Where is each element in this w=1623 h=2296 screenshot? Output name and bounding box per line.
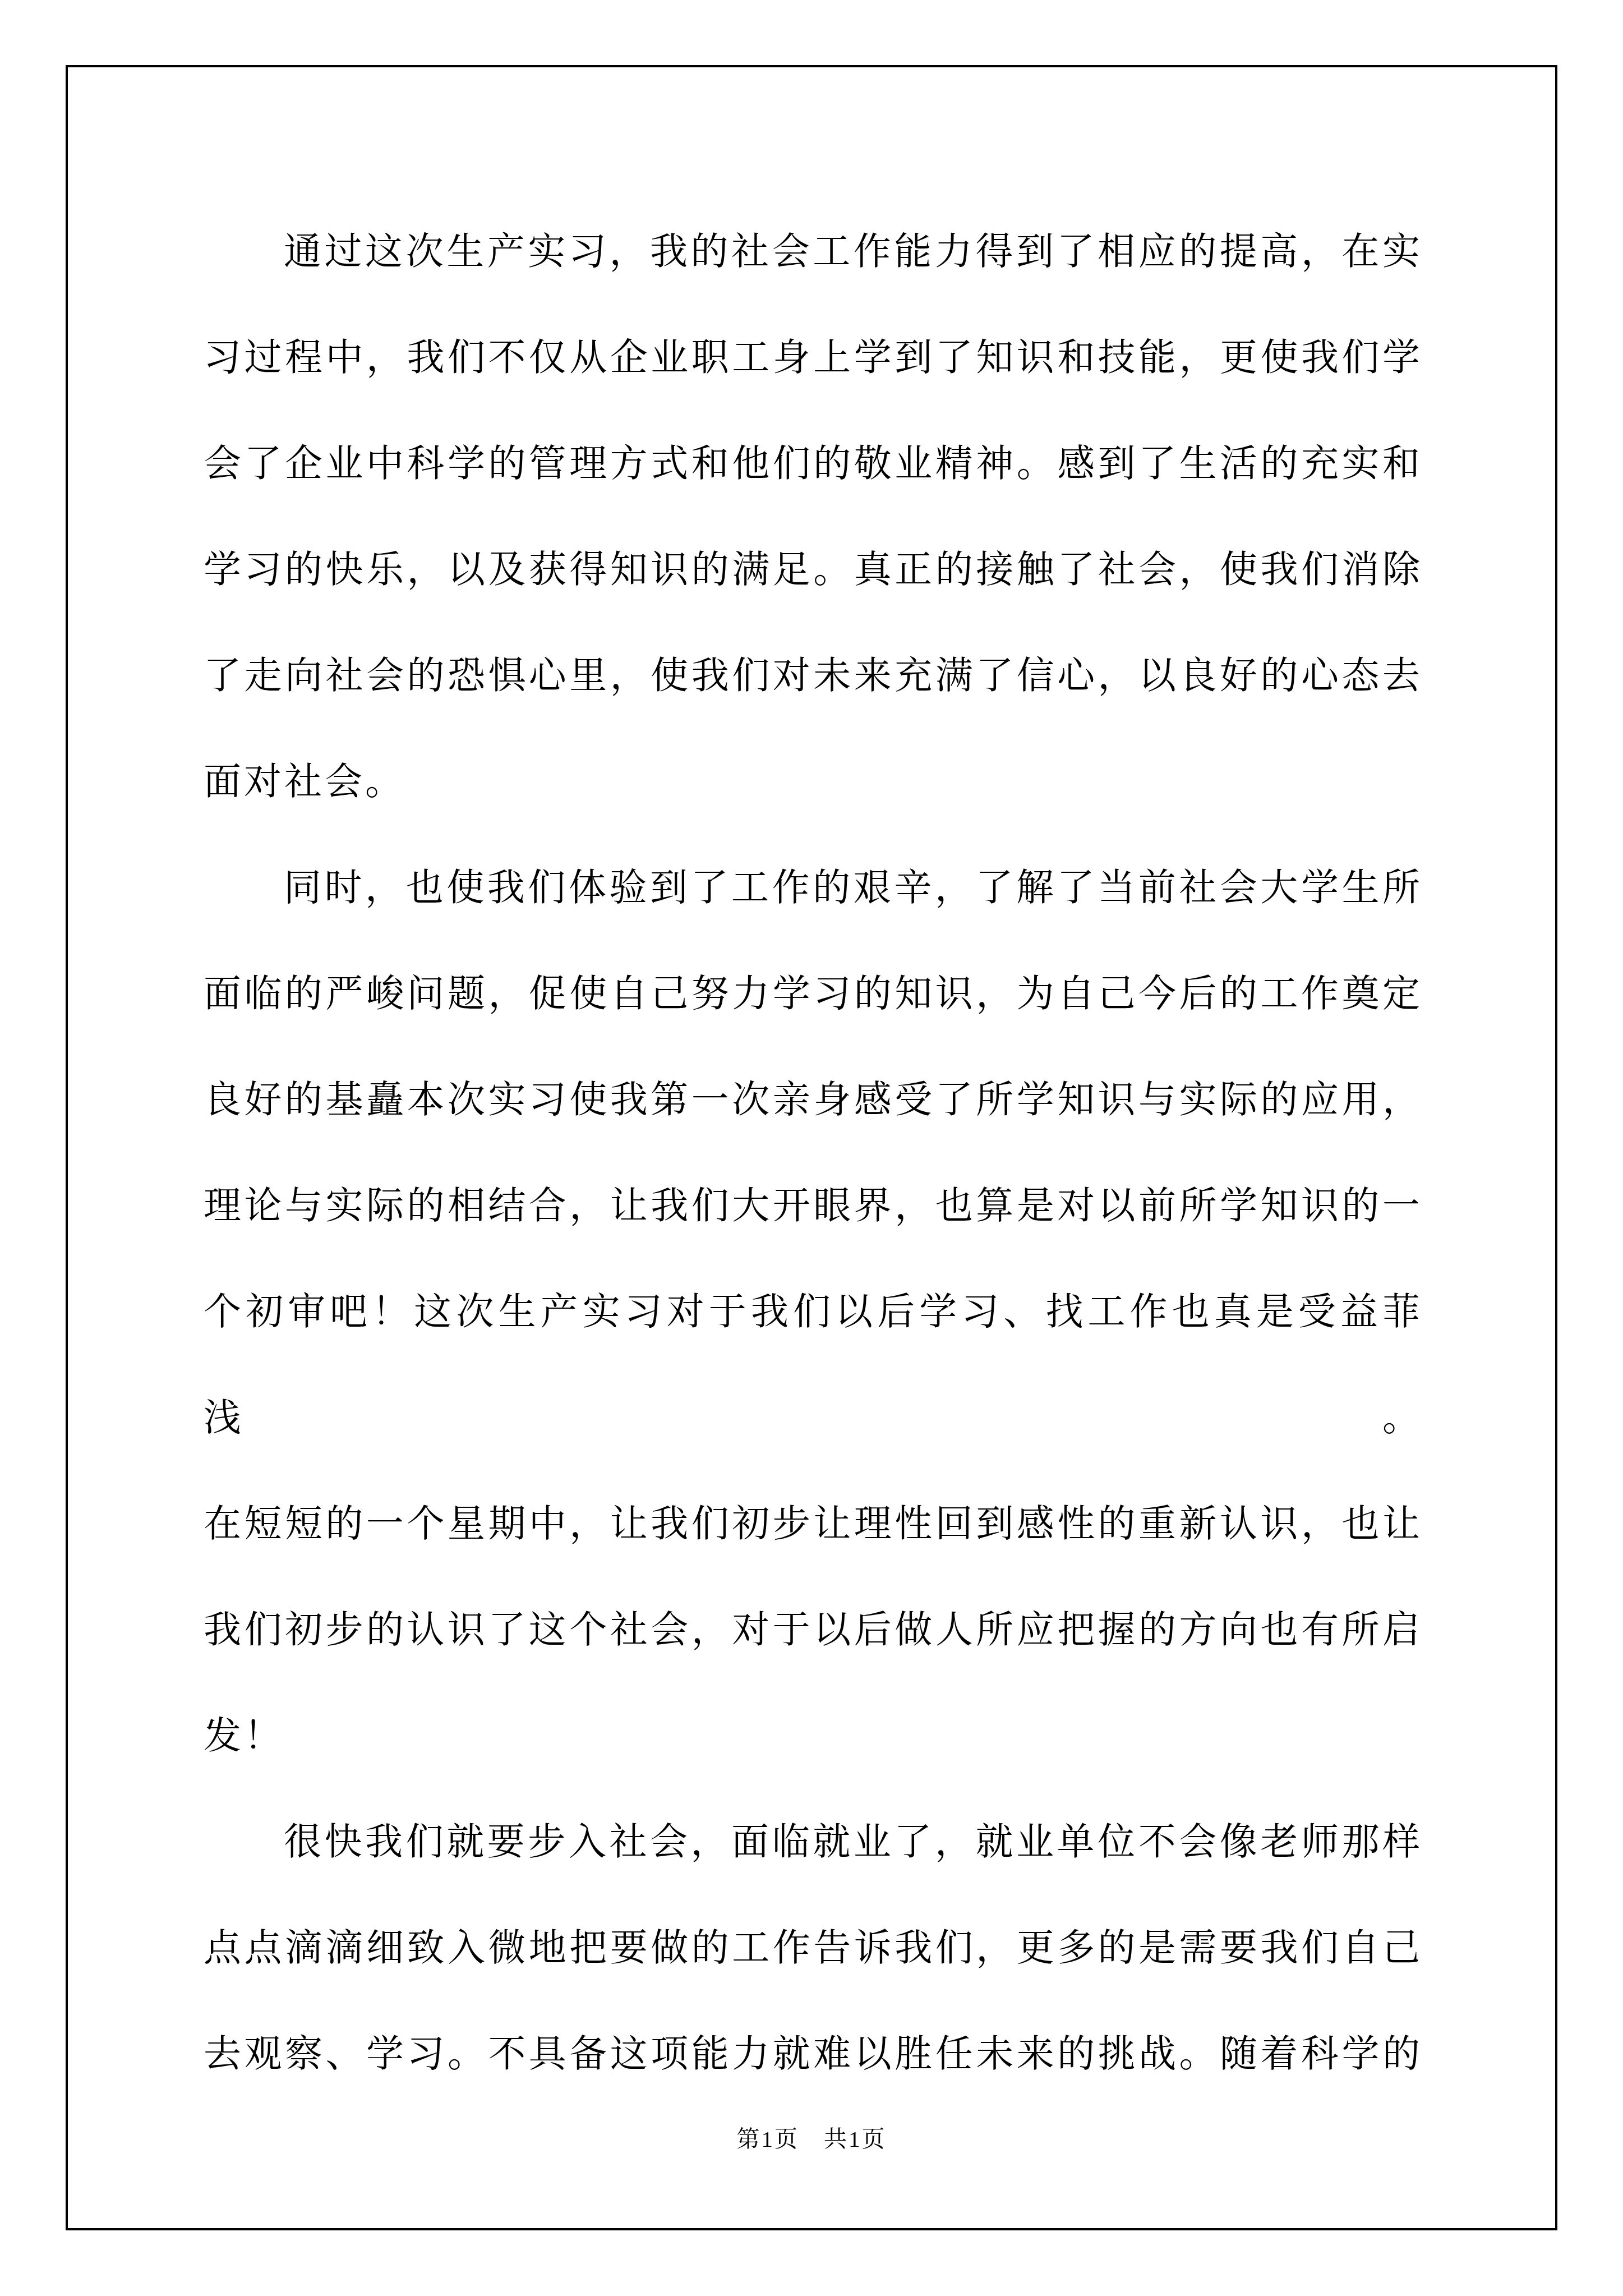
text-line: 习过程中，我们不仅从企业职工身上学到了知识和技能，更使我们学 (204, 305, 1423, 411)
text-line: 很快我们就要步入社会，面临就业了，就业单位不会像老师那样 (204, 1789, 1423, 1895)
paragraph: 通过这次生产实习，我的社会工作能力得到了相应的提高，在实习过程中，我们不仅从企业… (204, 199, 1423, 835)
text-line: 个初审吧！这次生产实习对于我们以后学习、找工作也真是受益菲浅。 (204, 1259, 1423, 1471)
text-line: 面对社会。 (204, 729, 1423, 835)
text-line: 会了企业中科学的管理方式和他们的敬业精神。感到了生活的充实和 (204, 411, 1423, 517)
paragraph: 同时，也使我们体验到了工作的艰辛，了解了当前社会大学生所面临的严峻问题，促使自己… (204, 835, 1423, 1789)
text-line: 通过这次生产实习，我的社会工作能力得到了相应的提高，在实 (204, 199, 1423, 305)
document-body: 通过这次生产实习，我的社会工作能力得到了相应的提高，在实习过程中，我们不仅从企业… (204, 199, 1423, 2108)
paragraph: 很快我们就要步入社会，面临就业了，就业单位不会像老师那样点点滴滴细致入微地把要做… (204, 1789, 1423, 2108)
text-line: 同时，也使我们体验到了工作的艰辛，了解了当前社会大学生所 (204, 835, 1423, 941)
text-line: 我们初步的认识了这个社会，对于以后做人所应把握的方向也有所启 (204, 1577, 1423, 1683)
page: 通过这次生产实习，我的社会工作能力得到了相应的提高，在实习过程中，我们不仅从企业… (0, 0, 1623, 2296)
text-line: 学习的快乐，以及获得知识的满足。真正的接触了社会，使我们消除 (204, 517, 1423, 623)
text-line: 在短短的一个星期中，让我们初步让理性回到感性的重新认识，也让 (204, 1471, 1423, 1577)
text-line: 面临的严峻问题，促使自己努力学习的知识，为自己今后的工作奠定 (204, 941, 1423, 1047)
page-footer: 第1页 共1页 (0, 2122, 1623, 2156)
text-line: 点点滴滴细致入微地把要做的工作告诉我们，更多的是需要我们自己 (204, 1895, 1423, 2001)
text-line: 理论与实际的相结合，让我们大开眼界，也算是对以前所学知识的一 (204, 1153, 1423, 1259)
text-line: 了走向社会的恐惧心里，使我们对未来充满了信心，以良好的心态去 (204, 623, 1423, 729)
text-line: 去观察、学习。不具备这项能力就难以胜任未来的挑战。随着科学的 (204, 2001, 1423, 2108)
text-line: 良好的基矗本次实习使我第一次亲身感受了所学知识与实际的应用， (204, 1047, 1423, 1153)
text-line: 发！ (204, 1683, 1423, 1789)
